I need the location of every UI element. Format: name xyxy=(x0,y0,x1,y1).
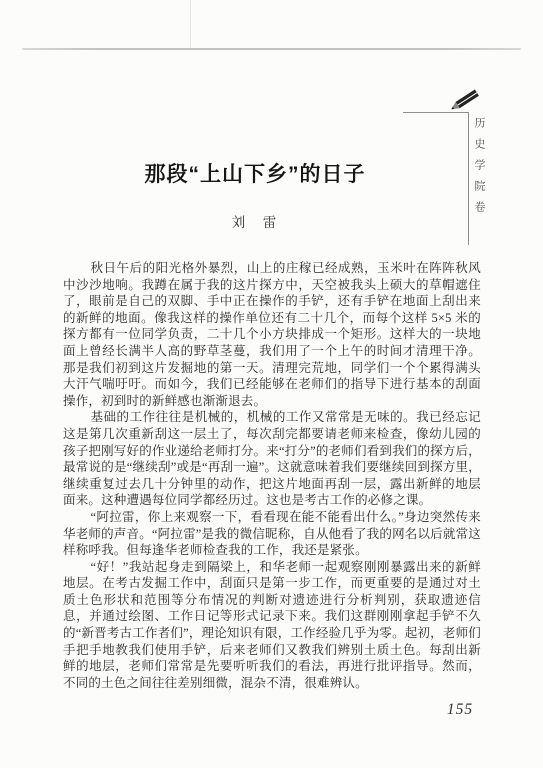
article-author: 刘 雷 xyxy=(30,211,480,231)
paragraph-4: “好！”我站起身走到隔梁上，和华老师一起观察刚刚暴露出来的新鲜地层。在考古发掘工… xyxy=(63,559,481,692)
paragraph-3: “阿拉雷，你上来观察一下，看看现在能不能看出什么。”身边突然传来华老师的声音。“… xyxy=(63,509,481,559)
paragraph-1: 秋日午后的阳光格外暴烈，山上的庄稼已经成熟，玉米叶在阵阵秋风中沙沙地响。我蹲在属… xyxy=(63,260,481,409)
pencil-icon xyxy=(446,87,484,114)
page-number: 155 xyxy=(430,701,490,719)
article-body: 秋日午后的阳光格外暴烈，山上的庄稼已经成熟，玉米叶在阵阵秋风中沙沙地响。我蹲在属… xyxy=(63,260,481,691)
page-fold-line xyxy=(190,0,191,49)
top-edge-rule xyxy=(22,48,521,50)
paragraph-2: 基础的工作往往是机械的，机械的工作又常常是无味的。我已经忘记这是第几次重新刮这一… xyxy=(63,409,481,509)
book-page: 历史学院卷 那段“上山下乡”的日子 刘 雷 秋日午后的阳光格外暴烈，山上的庄稼已… xyxy=(0,0,543,768)
sidebar-corner-line-horizontal xyxy=(403,112,469,113)
article-title: 那段“上山下乡”的日子 xyxy=(30,158,480,188)
